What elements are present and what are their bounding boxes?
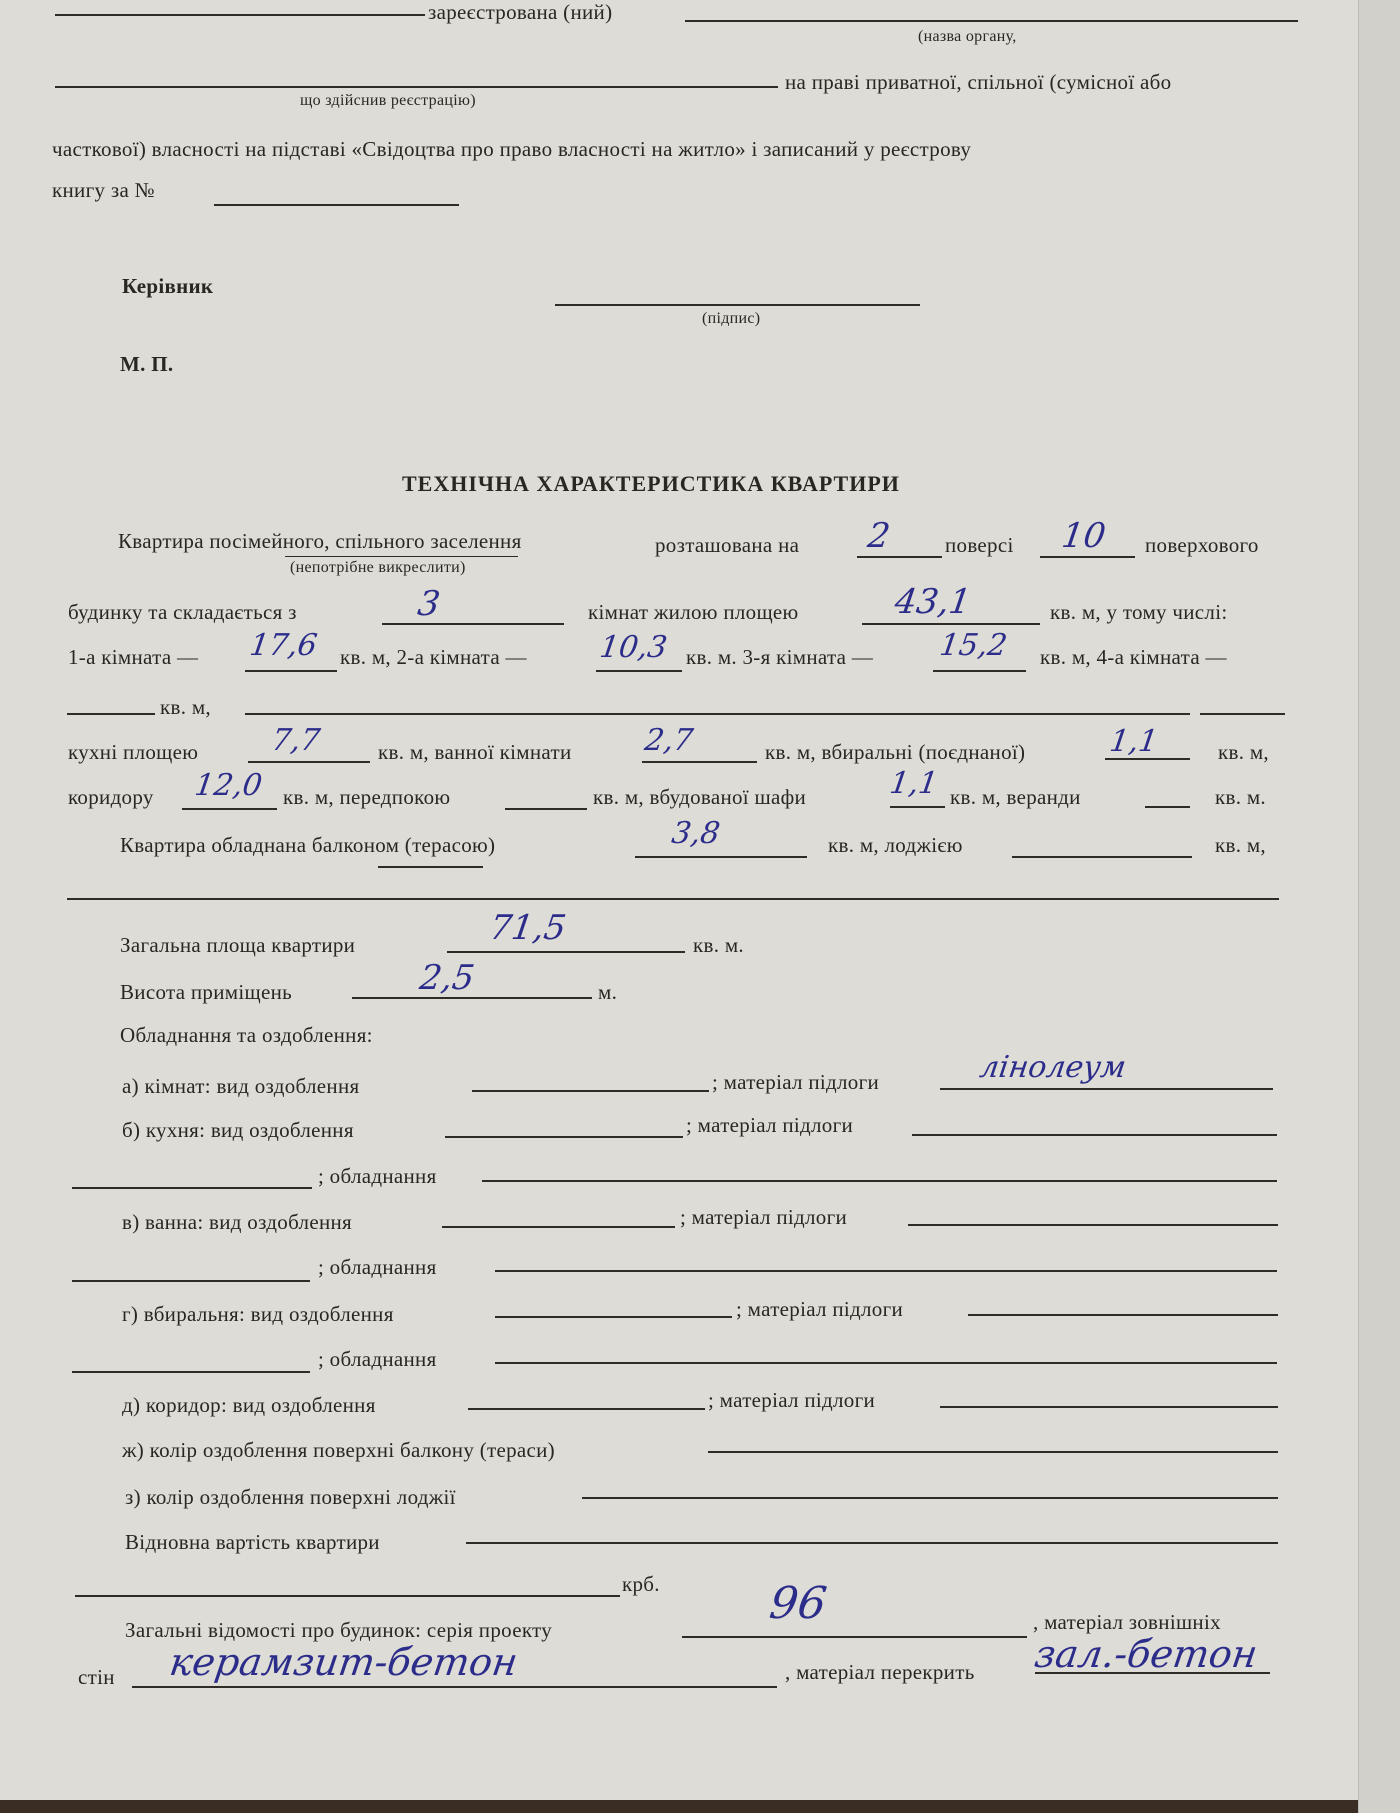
ownership-text: на праві приватної, спільної (сумісної а… xyxy=(785,70,1171,95)
room2-value: 10,3 xyxy=(598,630,670,665)
m-label: м. xyxy=(598,980,617,1005)
living-area-line xyxy=(862,623,1040,625)
room4-label: кв. м, 4-а кімната — xyxy=(1040,645,1227,670)
sqm-label-2: кв. м, xyxy=(1218,740,1269,765)
kitchen-line xyxy=(248,761,370,763)
bath-floor-label: ; матеріал підлоги xyxy=(680,1205,847,1230)
corridor-floor-label: ; матеріал підлоги xyxy=(708,1388,875,1413)
sqm-label: кв. м, xyxy=(160,695,211,720)
signature-hint: (підпис) xyxy=(702,310,760,328)
underline xyxy=(285,556,518,557)
loggia-line xyxy=(1012,856,1192,858)
room1-value: 17,6 xyxy=(248,628,320,663)
storey-label: поверхового xyxy=(1145,533,1259,558)
rooms-floor-value: лінолеум xyxy=(978,1050,1129,1085)
hall-line xyxy=(505,808,587,810)
bath-finish-label: в) ванна: вид оздоблення xyxy=(122,1210,352,1235)
page-edge xyxy=(1358,0,1400,1813)
floor-label: поверсі xyxy=(945,533,1014,558)
corridor-value: 12,0 xyxy=(193,768,265,803)
corridor-label: коридору xyxy=(68,785,154,810)
extra-line xyxy=(245,713,1190,715)
series-value: 96 xyxy=(766,1578,829,1629)
room2-label: кв. м, 2-а кімната — xyxy=(340,645,527,670)
rooms-line xyxy=(382,623,564,625)
sqm-label-3: кв. м, xyxy=(1215,833,1266,858)
bath-equip-line xyxy=(495,1270,1277,1272)
total-area-label: Загальна площа квартири xyxy=(120,933,355,958)
room3-label: кв. м. 3-я кімната — xyxy=(686,645,873,670)
kitchen-finish-line xyxy=(445,1136,683,1138)
authority-line-2 xyxy=(55,86,778,88)
separator-line xyxy=(67,898,1279,900)
bath-label: кв. м, ванної кімнати xyxy=(378,740,572,765)
room3-value: 15,2 xyxy=(938,628,1010,663)
series-line xyxy=(682,1636,1027,1638)
ownership-text-2: часткової) власності на підставі «Свідоц… xyxy=(52,137,971,162)
kitchen-equip-line-left xyxy=(72,1187,312,1189)
ceiling-material-label: , матеріал перекрить xyxy=(785,1660,975,1685)
rooms-floor-label: ; матеріал підлоги xyxy=(712,1070,879,1095)
authority-line xyxy=(685,20,1298,22)
rooms-floor-line xyxy=(940,1088,1273,1090)
kitchen-finish-label: б) кухня: вид оздоблення xyxy=(122,1118,354,1143)
room1-line xyxy=(245,670,337,672)
corridor-line xyxy=(182,808,277,810)
consists-label: будинку та складається з xyxy=(68,600,297,625)
sqm-dot-label: кв. м. xyxy=(1215,785,1266,810)
rooms-finish-line xyxy=(472,1090,709,1092)
kitchen-label: кухні площею xyxy=(68,740,198,765)
authority-hint-2: що здійснив реєстрацію) xyxy=(300,92,476,110)
kitchen-equip-line xyxy=(482,1180,1277,1182)
registered-label: зареєстрована (ний) xyxy=(428,0,612,25)
extra-line-2 xyxy=(1200,713,1285,715)
kitchen-equip-label: ; обладнання xyxy=(318,1164,437,1189)
corridor-finish-label: д) коридор: вид оздоблення xyxy=(122,1393,376,1418)
balcony-value: 3,8 xyxy=(670,816,723,851)
bath-floor-line xyxy=(908,1224,1278,1226)
rooms-area-label: кімнат жилою площею xyxy=(588,600,799,625)
balcony-label: Квартира обладнана балконом (терасою) xyxy=(120,833,495,858)
sqm-incl-label: кв. м, у тому числі: xyxy=(1050,600,1227,625)
kitchen-value: 7,7 xyxy=(270,723,323,758)
loggia-color-label: з) колір оздоблення поверхні лоджії xyxy=(125,1485,456,1510)
book-number-label: книгу за № xyxy=(52,178,155,203)
bath-equip-label: ; обладнання xyxy=(318,1255,437,1280)
room2-line xyxy=(596,670,682,672)
blank-line xyxy=(55,14,425,16)
signature-line xyxy=(555,304,920,306)
corridor-floor-line xyxy=(940,1406,1278,1408)
book-number-line xyxy=(214,204,459,206)
toilet-floor-label: ; матеріал підлоги xyxy=(736,1297,903,1322)
authority-hint: (назва органу, xyxy=(918,28,1017,46)
height-line xyxy=(352,997,592,999)
floor-value: 2 xyxy=(865,516,892,556)
toilet-finish-label: г) вбиральня: вид оздоблення xyxy=(122,1302,394,1327)
apartment-type-label: Квартира посімейного, спільного заселенн… xyxy=(118,529,522,554)
restore-cost-label: Відновна вартість квартири xyxy=(125,1530,380,1555)
toilet-value: 1,1 xyxy=(1108,724,1161,759)
walls-label: стін xyxy=(78,1665,115,1690)
head-label: Керівник xyxy=(122,274,213,299)
veranda-line xyxy=(1145,806,1190,808)
living-area-value: 43,1 xyxy=(892,582,973,622)
corridor-finish-line xyxy=(468,1408,705,1410)
balcony-underline xyxy=(378,866,483,868)
storeys-line xyxy=(1040,556,1135,558)
loggia-label: кв. м, лоджією xyxy=(828,833,963,858)
room4-line xyxy=(67,713,155,715)
toilet-label: кв. м, вбиральні (поєднаної) xyxy=(765,740,1025,765)
ceiling-value: зал.-бетон xyxy=(1032,1632,1260,1676)
cost-line xyxy=(75,1595,620,1597)
krb-label: крб. xyxy=(622,1572,660,1597)
kitchen-floor-label: ; матеріал підлоги xyxy=(686,1113,853,1138)
storeys-value: 10 xyxy=(1059,516,1108,556)
restore-cost-line xyxy=(466,1542,1278,1544)
toilet-equip-line-left xyxy=(72,1371,310,1373)
toilet-equip-line xyxy=(495,1362,1277,1364)
section-title: ТЕХНІЧНА ХАРАКТЕРИСТИКА КВАРТИРИ xyxy=(402,471,900,497)
loggia-color-line xyxy=(582,1497,1278,1499)
toilet-floor-line xyxy=(968,1314,1278,1316)
rooms-value: 3 xyxy=(415,584,442,624)
balcony-line xyxy=(635,856,807,858)
closet-line xyxy=(890,806,945,808)
height-label: Висота приміщень xyxy=(120,980,292,1005)
total-area-value: 71,5 xyxy=(487,908,568,948)
bath-finish-line xyxy=(442,1226,675,1228)
balcony-color-line xyxy=(708,1451,1278,1453)
seal-label: М. П. xyxy=(120,352,173,377)
document-page: зареєстрована (ний) (назва органу, на пр… xyxy=(0,0,1358,1800)
bath-equip-line-left xyxy=(72,1280,310,1282)
height-value: 2,5 xyxy=(417,958,477,998)
strike-hint: (непотрібне викреслити) xyxy=(290,559,466,577)
kitchen-floor-line xyxy=(912,1134,1277,1136)
located-on-label: розташована на xyxy=(655,533,799,558)
rooms-finish-label: а) кімнат: вид оздоблення xyxy=(122,1074,359,1099)
equipment-label: Обладнання та оздоблення: xyxy=(120,1023,373,1048)
room1-label: 1-а кімната — xyxy=(68,645,198,670)
closet-label: кв. м, вбудованої шафи xyxy=(593,785,806,810)
room3-line xyxy=(933,670,1026,672)
balcony-color-label: ж) колір оздоблення поверхні балкону (те… xyxy=(122,1438,555,1463)
closet-value: 1,1 xyxy=(888,766,941,801)
sqm-short-label: кв. м. xyxy=(693,933,744,958)
floor-line xyxy=(857,556,942,558)
veranda-label: кв. м, веранди xyxy=(950,785,1081,810)
total-area-line xyxy=(447,951,685,953)
bath-value: 2,7 xyxy=(643,723,696,758)
hall-label: кв. м, передпокою xyxy=(283,785,450,810)
toilet-equip-label: ; обладнання xyxy=(318,1347,437,1372)
bath-line xyxy=(642,761,757,763)
toilet-finish-line xyxy=(495,1316,732,1318)
walls-value: керамзит-бетон xyxy=(167,1640,521,1684)
walls-line xyxy=(132,1686,777,1688)
